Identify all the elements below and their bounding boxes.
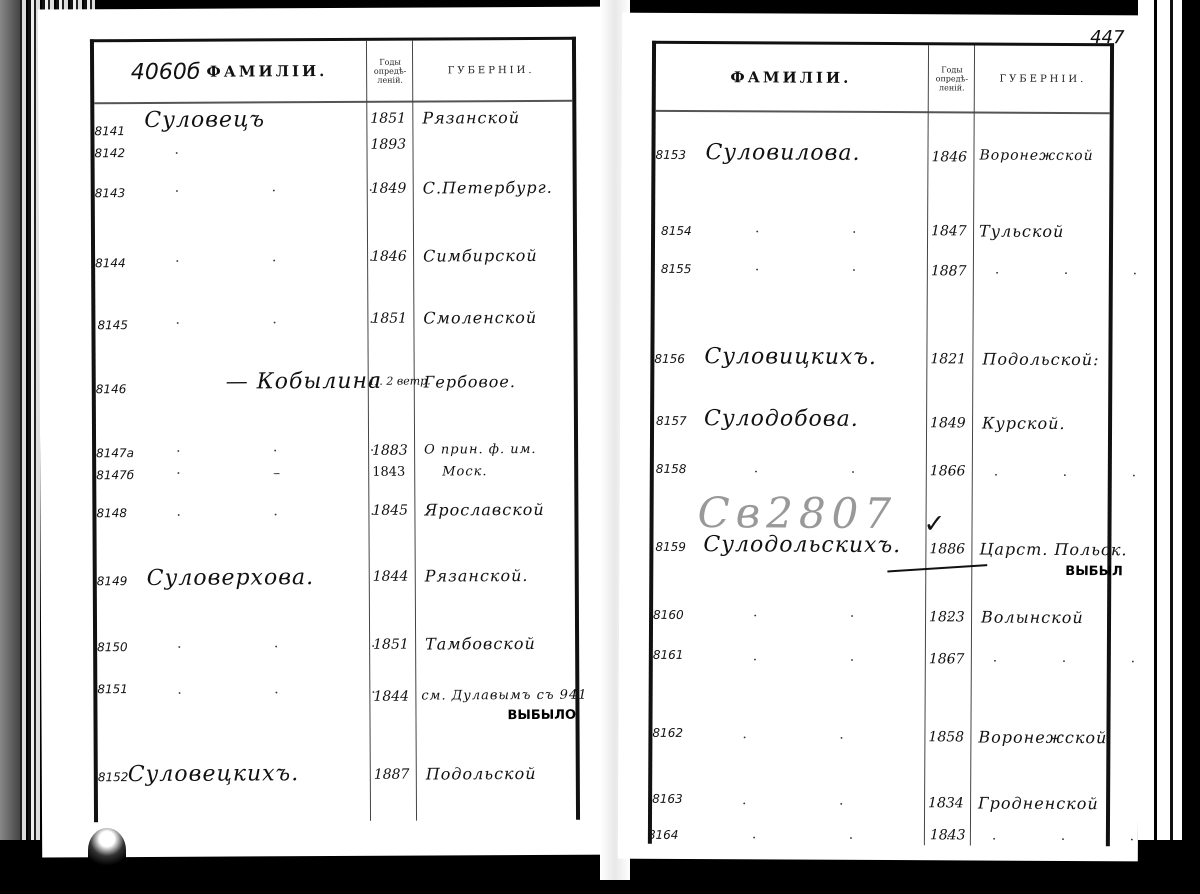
- surname: Суловецкихъ.: [128, 761, 300, 787]
- row-number: 8164: [648, 828, 679, 842]
- table-row: 8163 · · · 1834 Гродненской: [652, 788, 1106, 814]
- row-number: 8147б: [96, 468, 134, 482]
- row-number: 8142: [95, 146, 126, 160]
- surname-ditto: ·: [174, 146, 223, 162]
- table-row: 8160 · · · 1823 Волынской: [653, 604, 1107, 630]
- row-number: 8151: [97, 682, 128, 696]
- province: Тамбовской: [425, 634, 536, 654]
- surname: Суловецъ: [144, 107, 265, 133]
- row-number: 8147а: [96, 446, 134, 460]
- table-row: 8154 · · · 1847 Тульской: [655, 220, 1109, 246]
- table-row: 8144 · · · 1846 Симбирской: [95, 248, 573, 275]
- table-row: 8142 · 1893: [94, 136, 572, 163]
- province: Курской.: [982, 414, 1066, 433]
- book-edge-right: [1138, 0, 1200, 894]
- left-table-header: 4060б ФАМИЛІИ. Годы опредѣ- леній. ГУБЕР…: [94, 40, 572, 105]
- row-number: 8155: [661, 262, 692, 276]
- year: 1846: [371, 249, 407, 265]
- row-number: 8158: [656, 462, 687, 476]
- table-row: 8158 · · · 1866 · · ·: [654, 458, 1108, 484]
- row-number: 8161: [653, 648, 684, 662]
- surname: Суловерхова.: [147, 565, 314, 591]
- year: 1886: [929, 541, 965, 557]
- header-provinces-cell: ГУБЕРНІИ.: [414, 40, 568, 101]
- province-ditto: · · ·: [992, 832, 1164, 849]
- surname-ditto: · –: [176, 465, 324, 482]
- province: Симбирской: [423, 246, 538, 266]
- right-table: ФАМИЛІИ. Годы опредѣ- леній. ГУБЕРНІИ. 8…: [648, 41, 1114, 846]
- surname: Суловилова.: [705, 140, 860, 166]
- year: 1845: [372, 503, 408, 519]
- header-years-cell: Годы опредѣ- леній.: [368, 41, 412, 101]
- year: 1849: [930, 415, 966, 431]
- row-number: 8157: [656, 414, 687, 428]
- province: Гродненской: [978, 794, 1099, 814]
- table-row: 8152 Суловецкихъ. 1887 Подольской: [98, 760, 576, 787]
- year: 1893: [370, 137, 406, 153]
- right-table-header: ФАМИЛІИ. Годы опредѣ- леній. ГУБЕРНІИ.: [656, 44, 1110, 114]
- row-number: 8149: [97, 574, 128, 588]
- year: 1851: [371, 311, 407, 327]
- row-number: 8160: [653, 608, 684, 622]
- table-row: 8146 — Кобылина П. 2 ветр. Гербовое.: [96, 374, 574, 401]
- year: 1846: [931, 149, 967, 165]
- province: Смоленской: [423, 308, 537, 328]
- row-number: 8146: [96, 382, 127, 396]
- year: 1843: [930, 827, 966, 843]
- province: Ярославской: [424, 500, 544, 520]
- province-ditto: · · ·: [993, 654, 1165, 671]
- province-ditto: · · ·: [995, 266, 1167, 283]
- year: 1883: [372, 443, 408, 459]
- province-ditto: · · ·: [994, 468, 1166, 485]
- row-number: 8152: [98, 770, 129, 784]
- row-number: 8153: [655, 148, 686, 162]
- row-number: 8159: [655, 540, 686, 554]
- province: Воронежской: [979, 148, 1093, 165]
- table-row: 8149 Суловерхова. 1844 Рязанской.: [97, 568, 575, 595]
- row-number: 8154: [661, 224, 692, 238]
- row-number: 8141: [94, 124, 125, 138]
- surname: Сулодольскихъ.: [703, 532, 901, 558]
- row-number: 8143: [95, 186, 126, 200]
- table-row: 8151 · · · 1844 см. Дулавымъ съ 941 ВЫБЫ…: [97, 680, 575, 707]
- table-row: 8156 Суловицкихъ. 1821 Подольской:: [654, 344, 1108, 370]
- year: 1844: [373, 569, 409, 585]
- surname: Сулодобова.: [704, 406, 859, 432]
- year: 1834: [928, 795, 964, 811]
- table-row: 8141 Суловецъ 1851 Рязанской: [94, 110, 572, 137]
- header-years: Годы опредѣ- леній.: [930, 65, 974, 92]
- table-row: 8161 · · · 1867 · · ·: [653, 644, 1107, 670]
- vybylo-stamp: ВЫБЫЛ: [1065, 564, 1123, 579]
- year: 1851: [370, 111, 406, 127]
- surname: — Кобылина: [226, 369, 383, 395]
- header-years-cell: Годы опредѣ- леній.: [930, 45, 974, 111]
- header-surnames-cell: ФАМИЛІИ.: [656, 44, 926, 111]
- table-row: 8145 · · · 1851 Смоленской: [95, 310, 573, 337]
- header-surnames: ФАМИЛІИ.: [206, 62, 327, 81]
- table-row: 8148 · · · 1845 Ярославской: [96, 502, 574, 529]
- row-number: 8150: [97, 640, 128, 654]
- row-number: 8144: [95, 256, 126, 270]
- province: Царст. Польск.: [979, 540, 1127, 560]
- year: 1887: [374, 767, 410, 783]
- year: 1858: [928, 729, 964, 745]
- year: 1844: [373, 689, 409, 705]
- header-surnames: ФАМИЛІИ.: [730, 68, 851, 87]
- header-provinces: ГУБЕРНІИ.: [448, 64, 535, 75]
- province: Волынской: [981, 608, 1084, 628]
- year: 1867: [929, 651, 965, 667]
- table-row: 8164 · · · 1843 · · ·: [652, 826, 1106, 852]
- province: О прин. ф. им.: [424, 442, 536, 458]
- year: 1847: [931, 223, 967, 239]
- province: Рязанской.: [425, 566, 529, 586]
- row-number: 8148: [96, 506, 127, 520]
- row-number: 8162: [652, 726, 683, 740]
- table-row: 8150 · · · 1851 Тамбовской: [97, 636, 575, 663]
- table-row: 8143 · · · 1849 С.Петербург.: [95, 180, 573, 207]
- vybylo-stamp: ВЫБЫЛО: [507, 708, 576, 723]
- province: Тульской: [979, 222, 1064, 241]
- year: П. 2 ветр.: [370, 374, 431, 387]
- right-page: 447 ФАМИЛІИ. Годы опредѣ- леній. ГУБЕРНІ…: [618, 13, 1142, 862]
- province: Гербовое.: [424, 372, 516, 391]
- table-row: 8147б · – 1843 Моск.: [96, 464, 574, 491]
- year: 1823: [929, 609, 965, 625]
- province: Подольской: [426, 764, 537, 784]
- year: 1821: [930, 351, 966, 367]
- row-number: 8156: [654, 352, 685, 366]
- province: Рязанской: [422, 108, 520, 128]
- province: С.Петербург.: [423, 178, 553, 198]
- table-row: 8155 · · · 1887 · · ·: [655, 258, 1109, 284]
- table-row: 8159 Сулодольскихъ. 1886 Царст. Польск. …: [653, 534, 1107, 560]
- table-row: 8157 Сулодобова. 1849 Курской.: [654, 408, 1108, 434]
- left-page: 4060б ФАМИЛІИ. Годы опредѣ- леній. ГУБЕР…: [38, 6, 632, 857]
- header-provinces-cell: ГУБЕРНІИ.: [976, 45, 1110, 112]
- row-number: 8145: [97, 318, 128, 332]
- archive-annotation: Св2807: [697, 488, 897, 538]
- year: 1849: [371, 181, 407, 197]
- row-number: 8163: [652, 792, 683, 806]
- year: 1887: [931, 263, 967, 279]
- year: 1843: [372, 465, 405, 480]
- province: Подольской:: [982, 350, 1099, 370]
- year: 1851: [373, 637, 409, 653]
- year: 1866: [930, 463, 966, 479]
- header-years: Годы опредѣ- леній.: [368, 57, 412, 84]
- table-row: 8153 Суловилова. 1846 Воронежской: [655, 142, 1109, 168]
- header-surnames-cell: 4060б ФАМИЛІИ.: [94, 41, 364, 102]
- province: см. Дулавымъ съ 941: [421, 688, 587, 704]
- province: Моск.: [442, 464, 487, 479]
- table-row: 8162 · · · 1858 Воронежской: [652, 722, 1106, 748]
- surname: Суловицкихъ.: [704, 344, 877, 370]
- left-table: 4060б ФАМИЛІИ. Годы опредѣ- леній. ГУБЕР…: [90, 37, 580, 823]
- province: Воронежской: [978, 728, 1107, 748]
- header-provinces: ГУБЕРНІИ.: [999, 73, 1086, 84]
- page-annotation: 4060б: [131, 59, 201, 84]
- book-clasp: [88, 828, 126, 872]
